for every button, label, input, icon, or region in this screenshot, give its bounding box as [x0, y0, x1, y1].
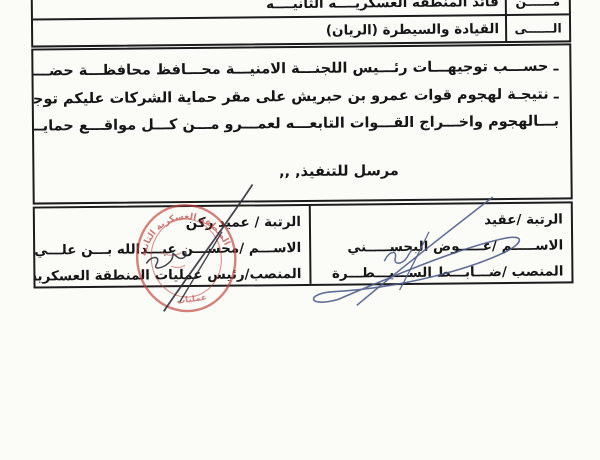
from-label: مــــــن	[505, 0, 569, 14]
signature-block-left: الرتبة / عميد ركن الاســـم /محســـن عبــ…	[35, 206, 310, 287]
header-table: مــــــن قائد المنطقه العسكريــــه الثان…	[31, 0, 572, 48]
stamp-ring-text-bottom: عمليات	[176, 293, 207, 307]
position-left: المنصب/رئيس عمليات المنطقة العسكرية الثا…	[43, 261, 301, 287]
to-label: الــــــى	[505, 15, 569, 41]
signature-block-right: الرتبة /عقيد الاســـــم /عـــــوض البحسـ…	[309, 203, 572, 284]
name-right: الاســـــم /عـــــوض البحســـــني	[315, 232, 563, 260]
signature-table: الرتبة /عقيد الاســـــم /عـــــوض البحسـ…	[33, 201, 574, 288]
name-left: الاســـم /محســـن عبـــدالله بـــن علـــ…	[43, 235, 301, 263]
scanned-document-sheet: مــــــن قائد المنطقه العسكريــــه الثان…	[0, 0, 600, 460]
body-line-1: ـ حســـب توجيهـــات رئـــيس اللجنـــة ال…	[43, 54, 558, 86]
to-value: القيادة والسيطرة (الريان)	[33, 21, 505, 42]
from-value: قائد المنطقه العسكريــــه الثانيــــه	[33, 0, 505, 14]
body-line-3: بـــالهجوم واخـــراج القـــوات التابعـــ…	[44, 109, 559, 141]
rank-right: الرتبة /عقيد	[315, 206, 563, 234]
message-body-box: ـ حســـب توجيهـــات رئـــيس اللجنـــة ال…	[31, 43, 572, 204]
dispatch-note: مرسل للتنفيذ, ,,	[81, 161, 572, 182]
position-right: المنصب /ضـــابـــط الســـيـــطـــرة	[315, 258, 563, 283]
rank-left: الرتبة / عميد ركن	[43, 209, 301, 237]
header-row-to: الــــــى القيادة والسيطرة (الريان)	[33, 13, 569, 45]
